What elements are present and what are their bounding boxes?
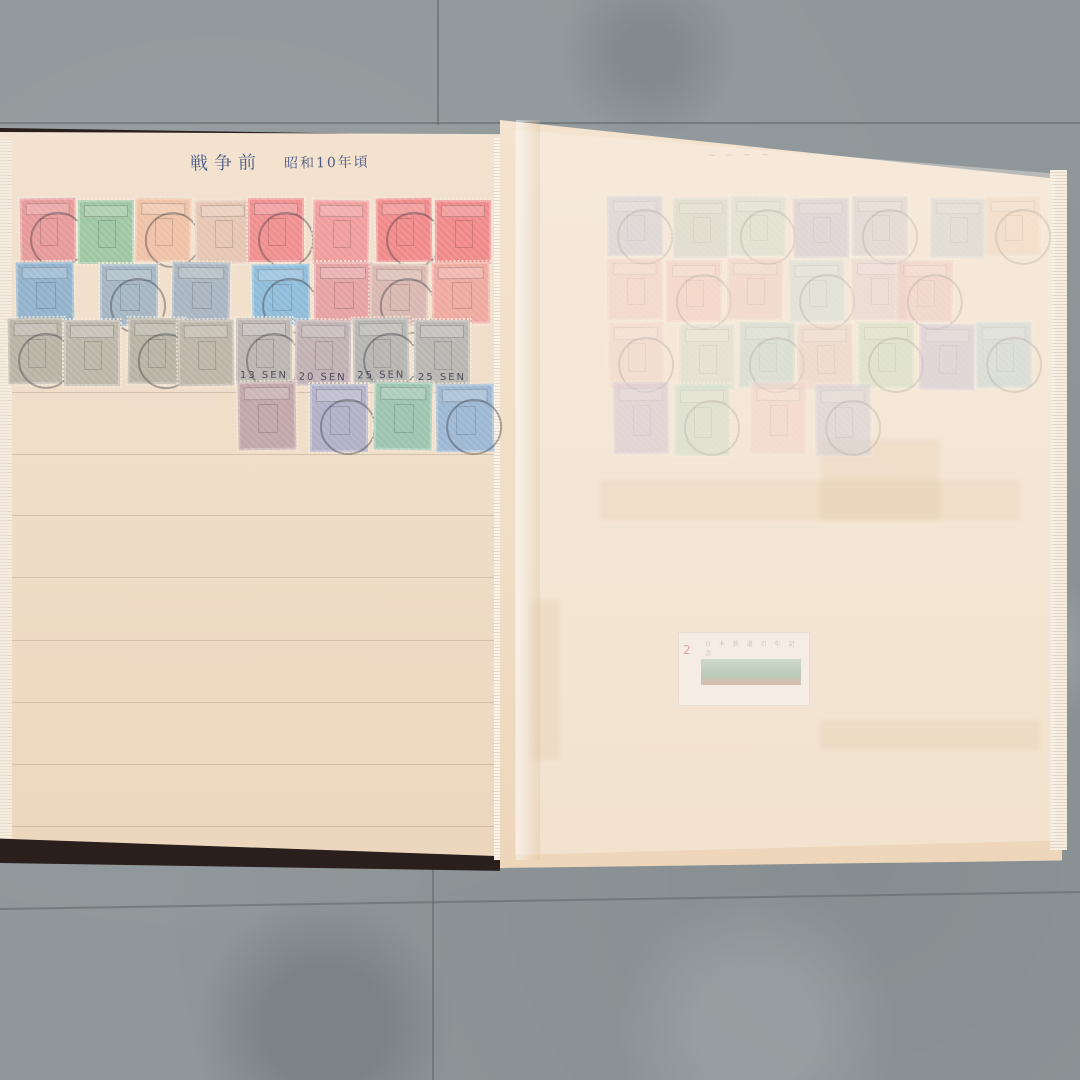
stamp-center-design: [334, 282, 353, 309]
handwritten-header: 戦争前昭和10年頃: [190, 146, 370, 175]
stamp: [78, 200, 134, 264]
stamp: [374, 382, 433, 451]
stock-strip: [0, 454, 500, 455]
stamp-frame: [84, 205, 129, 217]
stamp-frame: [178, 267, 225, 280]
stamp: [314, 262, 372, 324]
stamp: [238, 382, 297, 451]
stock-strip: [0, 640, 500, 641]
stamp-center-design: [434, 341, 453, 369]
glassine-interleaf: [515, 130, 1055, 855]
header-note-sub: 昭和10年頃: [284, 154, 370, 171]
stamp-frame: [420, 325, 465, 338]
stamp-frame: [70, 325, 115, 338]
stamp: [313, 200, 370, 265]
stamp-center-design: [455, 220, 474, 248]
stock-strip: [0, 702, 500, 703]
stamp-center-design: [197, 341, 216, 370]
stamp: 25 SEN: [353, 318, 410, 385]
stamp: [432, 262, 491, 325]
stamp: 20 SEN: [295, 320, 352, 387]
stamp-frame: [200, 205, 245, 218]
stamp-frame: [437, 267, 484, 280]
stamp-center-design: [84, 341, 103, 369]
stamp: [178, 320, 235, 387]
stamp: [20, 198, 77, 263]
stamp-center-design: [394, 404, 414, 433]
stamp: [135, 198, 192, 263]
stamp: [248, 198, 304, 262]
stamp: 13 SEN: [236, 318, 292, 384]
tile-seam: [0, 122, 1080, 124]
stamp-center-design: [98, 220, 117, 248]
stamp-center-design: [314, 341, 333, 370]
tile-seam: [432, 860, 434, 1080]
postmark-cancel: [258, 212, 314, 268]
stamp: [8, 318, 65, 385]
stamp: [64, 320, 120, 386]
stamp: [195, 200, 252, 265]
stamp: [310, 384, 368, 452]
stamp-frame: [301, 325, 346, 338]
stamp: [172, 262, 231, 325]
tile-seam: [437, 0, 439, 125]
stamp-center-design: [332, 220, 351, 248]
header-note-main: 戦争前: [190, 152, 262, 174]
stock-strip: [0, 577, 500, 578]
stamp-frame: [21, 267, 68, 280]
stamp: [436, 384, 495, 453]
stamp-center-design: [192, 282, 212, 309]
stamp-frame: [243, 387, 290, 401]
stamp: 25 SEN: [414, 320, 470, 386]
stock-strip: [0, 826, 500, 827]
stamp-frame: [183, 325, 228, 338]
stamp: [376, 198, 433, 263]
postmark-cancel: [320, 399, 376, 455]
stamp-center-design: [214, 220, 233, 248]
stock-strip: [0, 515, 500, 516]
stock-strip: [0, 764, 500, 765]
stamp-frame: [320, 267, 366, 279]
stamp-center-design: [258, 404, 278, 433]
glassine-fold: [516, 120, 540, 860]
stamp-frame: [319, 205, 364, 218]
stamp: [435, 200, 491, 264]
stamp-frame: [441, 205, 486, 217]
stamp-frame: [380, 387, 427, 401]
postmark-cancel: [446, 398, 503, 455]
stamp-center-design: [36, 282, 56, 309]
page-edge: [0, 138, 12, 838]
stamp-center-design: [452, 282, 472, 309]
